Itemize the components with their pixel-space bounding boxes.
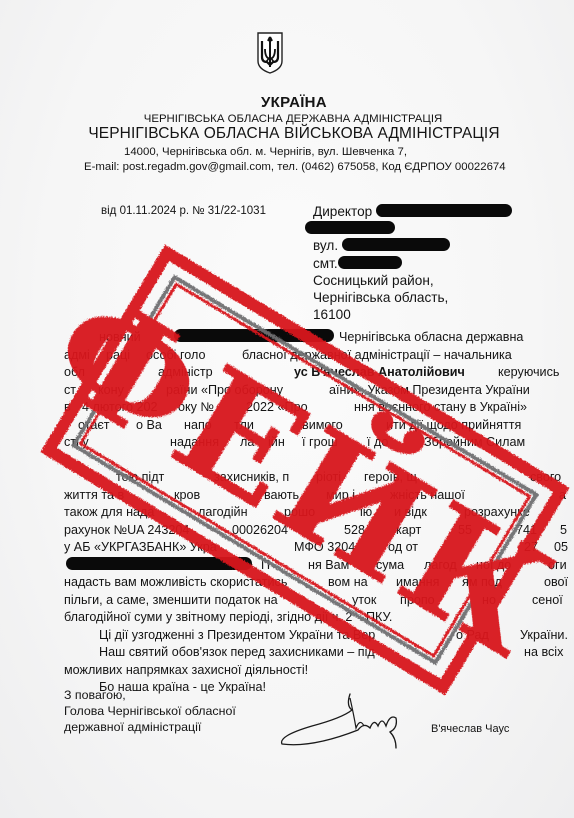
header-country: УКРАЇНА [0,94,574,111]
body-text: раці [106,347,130,365]
body-text: розрахунке [464,504,530,522]
addressee-postal-code: 16100 [313,306,512,323]
body-text: о Ва [136,417,162,435]
addressee-settlement: смт. [313,256,338,271]
body-line: . П ня Вам сума лагод ної до оги [64,557,574,575]
body-text: од от [388,539,418,557]
body-line: рахунок №UA 243204 00026204 528 карт 55 … [64,522,574,540]
body-text: уток [352,592,376,610]
signatory-position-line1: Голова Чернігівської обласної [64,703,236,719]
body-text: особі голо [146,347,206,365]
header-military-administration: ЧЕРНІГІВСЬКА ОБЛАСНА ВІЙСЬКОВА АДМІНІСТР… [0,125,574,143]
trident-coat-of-arms-icon [256,31,284,75]
body-text: кону [98,382,124,400]
body-text: рахунок №UA 243204 [64,522,189,540]
body-line: у АБ «УКРГАЗБАНК» Укра МФО 3204 од от 27… [64,539,574,557]
body-text: ст [64,382,76,400]
body-text: ння воєнного стану в Україні» [354,399,527,417]
closing-regards: З повагою, [64,687,236,703]
body-line: Наш святий обов'язок перед захисниками –… [64,644,574,662]
body-text: адмі [64,347,90,365]
body-text: героїв, щ [364,469,417,487]
header-state-administration: ЧЕРНІГІВСЬКА ОБЛАСНА ДЕРЖАВНА АДМІНІСТРА… [0,113,574,125]
redaction-bar [174,329,334,342]
body-text: ня Вам [308,557,349,575]
body-text: благодійної суми у звітному періоді, згі… [64,609,352,627]
body-text: ної до [476,557,511,575]
body-text: отаєт [78,417,110,435]
redaction-bar [305,221,395,234]
body-text: аїни», Указом Президента України [329,382,530,400]
body-text: ї до [367,434,388,452]
header-contacts: E-mail: post.regadm.gov@gmail.com, тел. … [84,161,506,173]
letter-page: УКРАЇНА ЧЕРНІГІВСЬКА ОБЛАСНА ДЕРЖАВНА АД… [0,0,574,818]
body-text: вають [264,487,299,505]
body-text: оку № [178,399,214,417]
body-text: но [482,592,496,610]
body-text: 741 [516,522,537,540]
addressee-block: Директор вул. смт. Сосницький район, Чер… [313,203,512,323]
body-text: лагодійн [198,504,248,522]
body-text: у АБ «УКРГАЗБАНК» Укра [64,539,217,557]
body-text: 528 [344,522,365,540]
body-line: новний Чернігівська обласна державна [64,329,574,347]
body-text: також для нада [64,504,154,522]
body-text: и відк [394,504,427,522]
body-text: Ці дії узгодженні з Президентом України … [99,627,375,645]
redaction-bar [338,256,402,269]
body-text: 5 [560,522,567,540]
body-text: в [64,399,71,417]
body-text: керуючись [498,364,559,382]
body-text: 27 [524,539,538,557]
body-text: ям под [462,574,502,592]
body-text: ію [360,504,372,522]
body-text: лагод [424,557,457,575]
body-text: надання [170,434,219,452]
body-text: ити дії щодо прийняття [386,417,521,435]
body-text: МФО 3204 [294,539,355,557]
body-line: благодійної суми у звітному періоді, згі… [64,609,574,627]
body-text: жність нашої [390,487,465,505]
body-text: України. [520,627,568,645]
body-text: можливих напрямках захисної діяльності! [64,662,308,680]
body-text: пільги, а саме, зменшити податок на [64,592,278,610]
body-text: адміністр [158,364,213,382]
body-text: бласної державної адміністрації – началь… [242,347,512,365]
body-text: напо [184,417,212,435]
body-text: карт [396,522,421,540]
body-text: надасть вам можливість скористатись [64,574,287,592]
body-text: новний [99,329,141,347]
body-text: о Рад [456,627,489,645]
body-text: тли [234,417,254,435]
body-text: ійн [268,434,285,452]
body-text: Наш святий обов'язок перед захисниками –… [99,644,375,662]
letter-reference-number: від 01.11.2024 р. № 31/22-1031 [101,205,266,217]
addressee-district: Сосницький район, [313,272,512,289]
body-text: ПКУ. [366,609,392,627]
header-address: 14000, Чернігівська обл. м. Чернігів, ву… [124,146,407,158]
body-text: тою підт [116,469,164,487]
body-text: ї грош [302,434,338,452]
body-text: пропо [400,592,435,610]
body-text: 55 [458,522,472,540]
redaction-bar [376,204,512,217]
closing-block: З повагою, Голова Чернігівської обласної… [64,687,236,735]
body-line: отаєт о Ва напо тли вимого ити дії щодо … [64,417,574,435]
letter-body: новний Чернігівська обласна державна адм… [64,329,574,697]
addressee-street: вул. [313,238,338,253]
body-text: рошо [284,504,315,522]
body-text: мир і [326,487,355,505]
body-text: 2022 «Про [246,399,308,417]
body-line: тою підт захисників, п ріоті героїв, щ с… [64,469,574,487]
body-text: сума [376,557,404,575]
body-text: Чернігівська обласна державна [339,329,523,347]
body-text: свого [530,469,561,487]
body-text: кров [174,487,200,505]
body-line: життя та в кров вають мир і жність нашої… [64,487,574,505]
body-text: ла [240,434,254,452]
body-line: надасть вам можливість скористатись вом … [64,574,574,592]
body-text: сеної [532,592,563,610]
body-text: обл [64,364,85,382]
body-text: 00026204 [232,522,288,540]
body-text: 05 [554,539,568,557]
body-text: . П [254,557,270,575]
body-text: вом на [328,574,368,592]
body-line: сті у надання ла ійн ї грош ї до Збройни… [64,434,574,452]
body-line: можливих напрямках захисної діяльності! [64,662,574,680]
body-text: ус В'ячеслав Анатолійович [294,364,465,382]
body-text: имання [396,574,439,592]
redaction-bar [66,557,252,570]
body-line [64,452,574,470]
body-line: також для нада лагодійн рошо ію и відк р… [64,504,574,522]
body-text: оги [548,557,567,575]
handwritten-signature [272,688,412,750]
addressee-region: Чернігівська область, [313,289,512,306]
body-line: обл адміністр ус В'ячеслав Анатолійович … [64,364,574,382]
body-text: ріоті [316,469,341,487]
signatory-name: В'ячеслав Чаус [431,723,509,735]
body-line: Ці дії узгодженні з Президентом України … [64,627,574,645]
body-text: Збройним Силам [424,434,525,452]
body-text: вимого [302,417,343,435]
addressee-title: Директор [313,204,372,219]
body-text: а [559,487,566,505]
redaction-bar [342,238,450,251]
signatory-position-line2: державної адміністрації [64,719,236,735]
body-text: ової [544,574,568,592]
body-text: раїни «Про оборону [166,382,283,400]
body-text: на всіх [524,644,563,662]
body-line: в 4 лютого 202 оку № 2022 «Про ння воєнн… [64,399,574,417]
body-text: сті у [64,434,89,452]
body-line: адмі раці особі голо бласної державної а… [64,347,574,365]
body-line: пільги, а саме, зменшити податок на уток… [64,592,574,610]
body-text: життя та в [64,487,124,505]
body-text: захисників, п [214,469,289,487]
body-line: ст кону раїни «Про оборону аїни», Указом… [64,382,574,400]
body-text: 4 лютого 202 [82,399,157,417]
